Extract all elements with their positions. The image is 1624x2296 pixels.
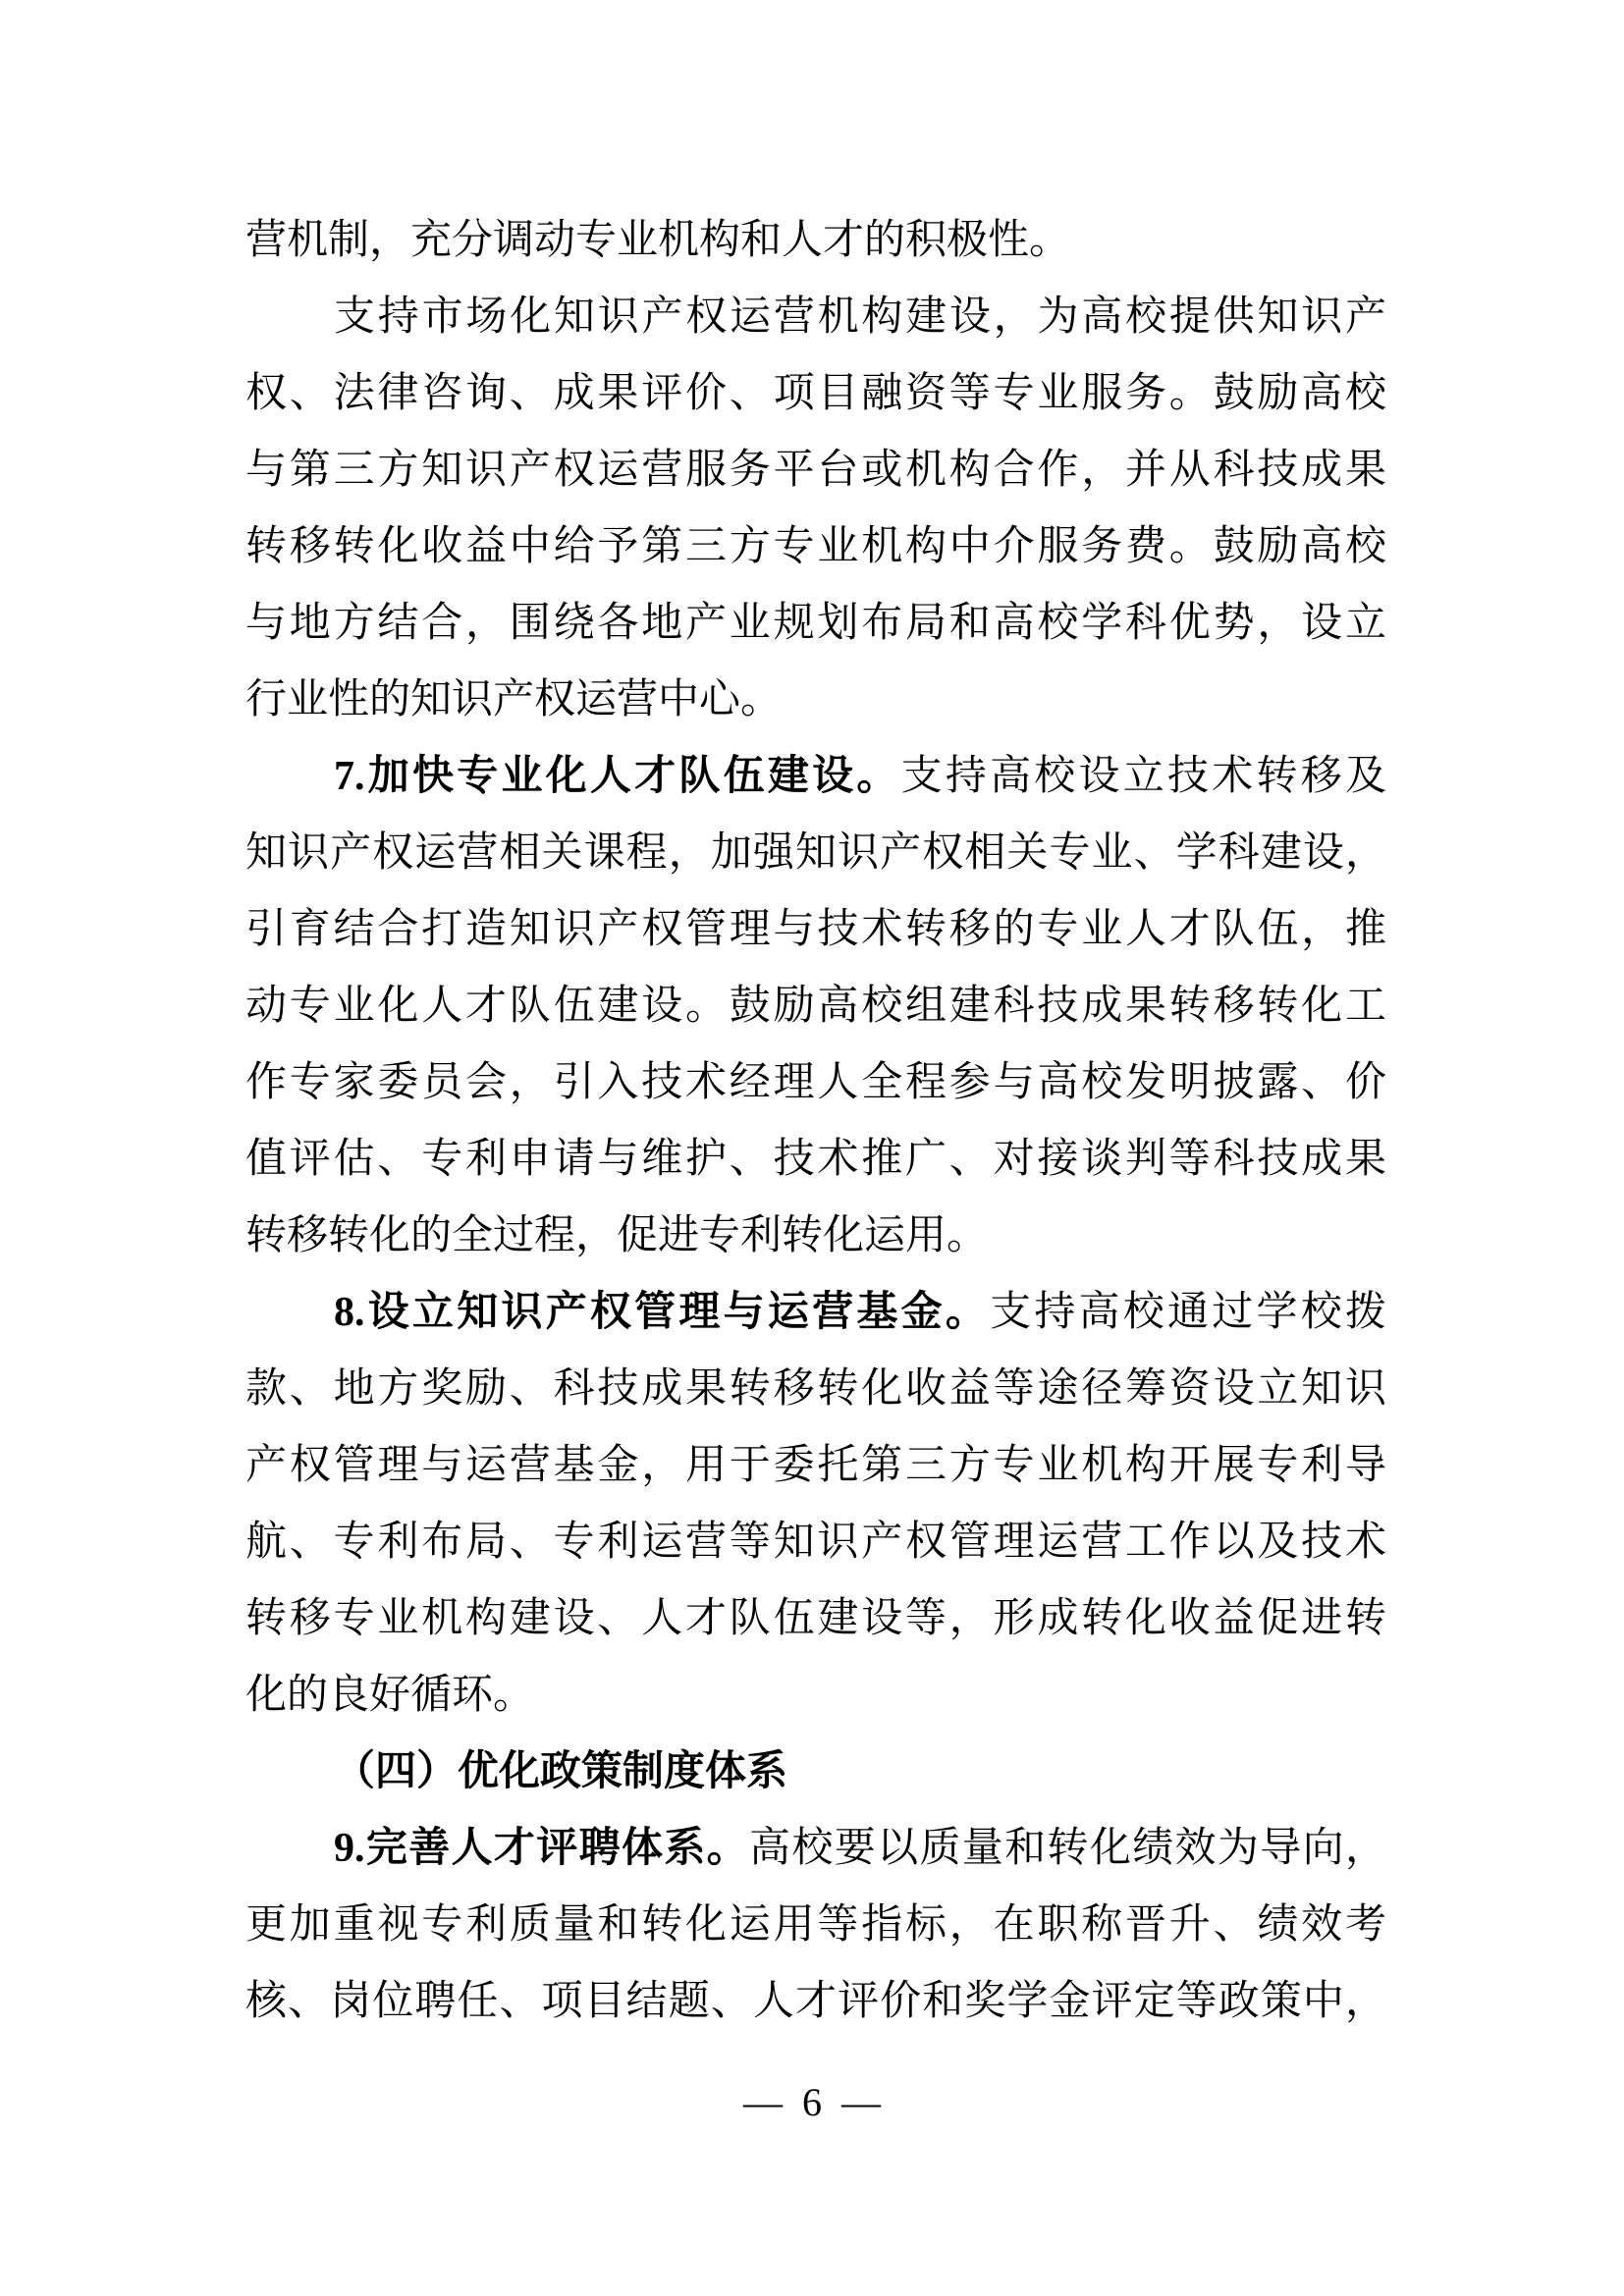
text-line: 引育结合打造知识产权管理与技术转移的专业人才队伍，推: [245, 891, 1386, 968]
line-text: 引育结合打造知识产权管理与技术转移的专业人才队伍，推: [245, 907, 1386, 952]
line-text: 航、专利布局、专利运营等知识产权管理运营工作以及技术: [245, 1520, 1386, 1565]
line-text: 行业性的知识产权运营中心。: [245, 677, 782, 722]
paragraph-heading: 7.加快专业化人才队伍建设。: [334, 754, 901, 799]
page-footer: — 6 —: [0, 2073, 1624, 2132]
line-text: 支持市场化知识产权运营机构建设，为高校提供知识产: [334, 294, 1386, 340]
text-line: 知识产权运营相关课程，加强知识产权相关专业、学科建设，: [245, 815, 1386, 891]
text-line: （四）优化政策制度体系: [245, 1734, 1386, 1810]
line-text: 产权管理与运营基金，用于委托第三方专业机构开展专利导: [245, 1443, 1386, 1488]
line-text: 值评估、专利申请与维护、技术推广、对接谈判等科技成果: [245, 1137, 1386, 1182]
line-text: 营机制，充分调动专业机构和人才的积极性。: [245, 218, 1070, 263]
text-line: 8.设立知识产权管理与运营基金。支持高校通过学校拨: [245, 1274, 1386, 1351]
line-text: 转移专业机构建设、人才队伍建设等，形成转化收益促进转: [245, 1596, 1386, 1641]
page-number: 6: [802, 2073, 822, 2132]
text-line: 核、岗位聘任、项目结题、人才评价和奖学金评定等政策中，: [245, 1963, 1386, 2040]
line-text: 款、地方奖励、科技成果转移转化收益等途径筹资设立知识: [245, 1366, 1386, 1412]
text-line: 化的良好循环。: [245, 1657, 1386, 1734]
paragraph-heading: 8.设立知识产权管理与运营基金。: [334, 1290, 990, 1335]
text-line: 行业性的知识产权运营中心。: [245, 662, 1386, 738]
line-text: 知识产权运营相关课程，加强知识产权相关专业、学科建设，: [245, 830, 1386, 876]
line-text: 转移转化收益中给予第三方专业机构中介服务费。鼓励高校: [245, 524, 1386, 569]
text-line: 7.加快专业化人才队伍建设。支持高校设立技术转移及: [245, 738, 1386, 815]
line-text: 化的良好循环。: [245, 1673, 534, 1718]
page-number-left-dash: —: [743, 2073, 783, 2132]
text-line: 产权管理与运营基金，用于委托第三方专业机构开展专利导: [245, 1427, 1386, 1504]
line-text: 作专家委员会，引入技术经理人全程参与高校发明披露、价: [245, 1060, 1386, 1105]
line-text: 动专业化人才队伍建设。鼓励高校组建科技成果转移转化工: [245, 984, 1386, 1029]
line-text: 权、法律咨询、成果评价、项目融资等专业服务。鼓励高校: [245, 371, 1386, 416]
page-number-right-dash: —: [841, 2073, 881, 2132]
line-text: 高校要以质量和转化绩效为导向，: [749, 1826, 1386, 1871]
text-line: 转移转化的全过程，促进专利转化运用。: [245, 1198, 1386, 1274]
text-line: 动专业化人才队伍建设。鼓励高校组建科技成果转移转化工: [245, 968, 1386, 1044]
line-text: 与第三方知识产权运营服务平台或机构合作，并从科技成果: [245, 448, 1386, 493]
paragraph-heading: 9.完善人才评聘体系。: [334, 1826, 749, 1871]
text-line: 9.完善人才评聘体系。高校要以质量和转化绩效为导向，: [245, 1810, 1386, 1887]
line-text: 转移转化的全过程，促进专利转化运用。: [245, 1213, 988, 1258]
text-line: 权、法律咨询、成果评价、项目融资等专业服务。鼓励高校: [245, 355, 1386, 432]
line-text: 更加重视专利质量和转化运用等指标，在职称晋升、绩效考: [245, 1902, 1386, 1948]
text-line: 与地方结合，围绕各地产业规划布局和高校学科优势，设立: [245, 585, 1386, 662]
text-line: 转移转化收益中给予第三方专业机构中介服务费。鼓励高校: [245, 508, 1386, 585]
text-line: 航、专利布局、专利运营等知识产权管理运营工作以及技术: [245, 1504, 1386, 1580]
text-line: 值评估、专利申请与维护、技术推广、对接谈判等科技成果: [245, 1121, 1386, 1198]
document-page: 营机制，充分调动专业机构和人才的积极性。支持市场化知识产权运营机构建设，为高校提…: [0, 0, 1624, 2296]
text-line: 更加重视专利质量和转化运用等指标，在职称晋升、绩效考: [245, 1887, 1386, 1963]
document-text-block: 营机制，充分调动专业机构和人才的积极性。支持市场化知识产权运营机构建设，为高校提…: [245, 202, 1386, 2040]
text-line: 支持市场化知识产权运营机构建设，为高校提供知识产: [245, 279, 1386, 355]
line-text: 支持高校通过学校拨: [990, 1290, 1386, 1335]
line-text: 核、岗位聘任、项目结题、人才评价和奖学金评定等政策中，: [245, 1979, 1386, 2024]
paragraph-heading: （四）优化政策制度体系: [334, 1749, 787, 1794]
line-text: 与地方结合，围绕各地产业规划布局和高校学科优势，设立: [245, 601, 1386, 646]
line-text: 支持高校设立技术转移及: [901, 754, 1386, 799]
text-line: 与第三方知识产权运营服务平台或机构合作，并从科技成果: [245, 432, 1386, 508]
text-line: 营机制，充分调动专业机构和人才的积极性。: [245, 202, 1386, 279]
text-line: 转移专业机构建设、人才队伍建设等，形成转化收益促进转: [245, 1580, 1386, 1657]
text-line: 款、地方奖励、科技成果转移转化收益等途径筹资设立知识: [245, 1351, 1386, 1427]
text-line: 作专家委员会，引入技术经理人全程参与高校发明披露、价: [245, 1044, 1386, 1121]
